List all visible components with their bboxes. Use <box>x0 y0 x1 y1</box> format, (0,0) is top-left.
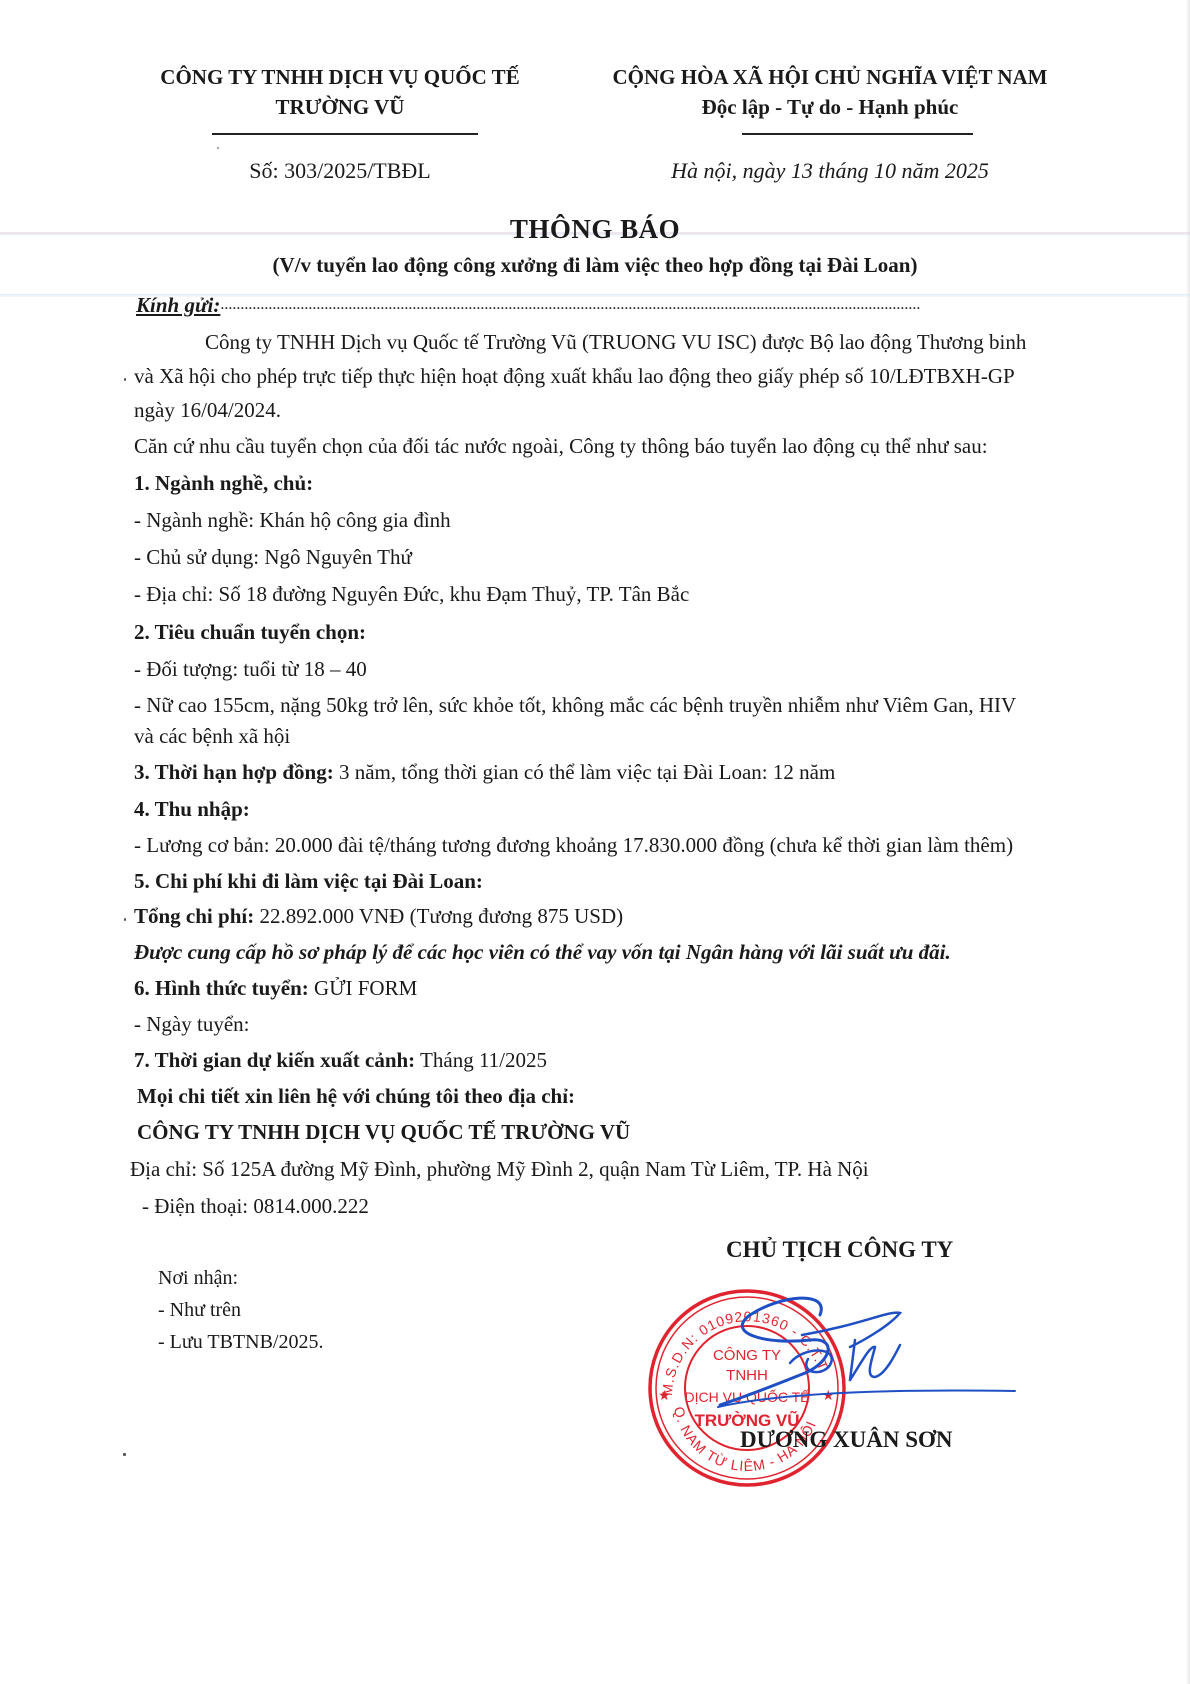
company-name-line1: CÔNG TY TNHH DỊCH VỤ QUỐC TẾ <box>120 62 560 92</box>
intro-line-2: và Xã hội cho phép trực tiếp thực hiện h… <box>134 364 1015 388</box>
section-2-health-line-1: - Nữ cao 155cm, nặng 50kg trở lên, sức k… <box>134 693 1016 717</box>
document-number: Số: 303/2025/TBĐL <box>120 158 560 184</box>
section-4-heading: 4. Thu nhập: <box>134 797 250 821</box>
section-5-loan-note: Được cung cấp hồ sơ pháp lý để các học v… <box>134 940 951 964</box>
section-6-value: GỬI FORM <box>309 976 417 1000</box>
intro-line-1: Công ty TNHH Dịch vụ Quốc tế Trường Vũ (… <box>205 330 1026 354</box>
signer-name: DƯƠNG XUÂN SƠN <box>740 1425 953 1455</box>
company-underline <box>212 133 478 135</box>
contact-intro: Mọi chi tiết xin liên hệ với chúng tôi t… <box>137 1084 575 1108</box>
salutation-dots: ........................................… <box>220 293 920 317</box>
contact-phone: - Điện thoại: 0814.000.222 <box>142 1194 369 1218</box>
company-name-line2: TRƯỜNG VŨ <box>120 92 560 122</box>
section-7: 7. Thời gian dự kiến xuất cảnh: Tháng 11… <box>134 1048 547 1072</box>
scan-speck <box>124 378 126 381</box>
star-icon: ★ <box>658 1389 671 1404</box>
section-6: 6. Hình thức tuyển: GỬI FORM <box>134 976 417 1000</box>
national-title: CỘNG HÒA XÃ HỘI CHỦ NGHĨA VIỆT NAM <box>580 62 1080 92</box>
section-5-heading: 5. Chi phí khi đi làm việc tại Đài Loan: <box>134 869 483 893</box>
section-1-job: - Ngành nghề: Khán hộ công gia đình <box>134 508 451 532</box>
section-7-heading: 7. Thời gian dự kiến xuất cảnh: <box>134 1048 415 1072</box>
contact-company: CÔNG TY TNHH DỊCH VỤ QUỐC TẾ TRƯỜNG VŨ <box>137 1120 630 1144</box>
intro-line-3: ngày 16/04/2024. <box>134 398 281 422</box>
recipient-item: - Như trên <box>158 1294 323 1326</box>
section-5-total: Tổng chi phí: 22.892.000 VNĐ (Tương đươn… <box>134 904 623 928</box>
national-header: CỘNG HÒA XÃ HỘI CHỦ NGHĨA VIỆT NAM Độc l… <box>580 62 1080 122</box>
salutation-label: Kính gửi: <box>136 293 220 317</box>
notice-title: THÔNG BÁO <box>0 214 1190 245</box>
signer-position: CHỦ TỊCH CÔNG TY <box>726 1235 953 1265</box>
motto-underline <box>742 133 973 135</box>
section-2-age: - Đối tượng: tuổi từ 18 – 40 <box>134 657 367 681</box>
scan-speck <box>124 918 126 921</box>
recipients-label: Nơi nhận: <box>158 1262 323 1294</box>
section-2-health-line-2: và các bệnh xã hội <box>134 724 290 748</box>
section-1-address: - Địa chỉ: Số 18 đường Nguyên Đức, khu Đ… <box>134 582 689 606</box>
total-cost-label: Tổng chi phí: <box>134 904 254 928</box>
contact-address: Địa chỉ: Số 125A đường Mỹ Đình, phường M… <box>130 1157 869 1181</box>
section-3-heading: 3. Thời hạn hợp đồng: <box>134 760 334 784</box>
intro-line-4: Căn cứ nhu cầu tuyển chọn của đối tác nư… <box>134 434 988 458</box>
section-1-employer: - Chủ sử dụng: Ngô Nguyên Thứ <box>134 545 412 569</box>
company-header: CÔNG TY TNHH DỊCH VỤ QUỐC TẾ TRƯỜNG VŨ <box>120 62 560 122</box>
scan-speck <box>217 147 219 149</box>
section-6-date: - Ngày tuyển: <box>134 1012 249 1036</box>
national-motto: Độc lập - Tự do - Hạnh phúc <box>580 92 1080 122</box>
section-1-heading: 1. Ngành nghề, chủ: <box>134 471 313 495</box>
notice-subject: (V/v tuyển lao động công xưởng đi làm vi… <box>0 253 1190 278</box>
section-3-value: 3 năm, tổng thời gian có thể làm việc tạ… <box>334 760 836 784</box>
section-2-heading: 2. Tiêu chuẩn tuyển chọn: <box>134 620 366 644</box>
place-date: Hà nội, ngày 13 tháng 10 năm 2025 <box>580 158 1080 184</box>
total-cost-value: 22.892.000 VNĐ (Tương đương 875 USD) <box>254 904 623 928</box>
salutation: Kính gửi:...............................… <box>136 293 920 317</box>
recipient-item: - Lưu TBTNB/2025. <box>158 1326 323 1358</box>
handwritten-signature <box>690 1285 1020 1415</box>
scan-speck <box>123 1453 126 1456</box>
recipients-block: Nơi nhận: - Như trên - Lưu TBTNB/2025. <box>158 1262 323 1358</box>
section-3: 3. Thời hạn hợp đồng: 3 năm, tổng thời g… <box>134 760 835 784</box>
section-4-salary: - Lương cơ bản: 20.000 đài tệ/tháng tươn… <box>134 833 1013 857</box>
section-7-value: Tháng 11/2025 <box>415 1048 547 1072</box>
section-6-heading: 6. Hình thức tuyển: <box>134 976 309 1000</box>
